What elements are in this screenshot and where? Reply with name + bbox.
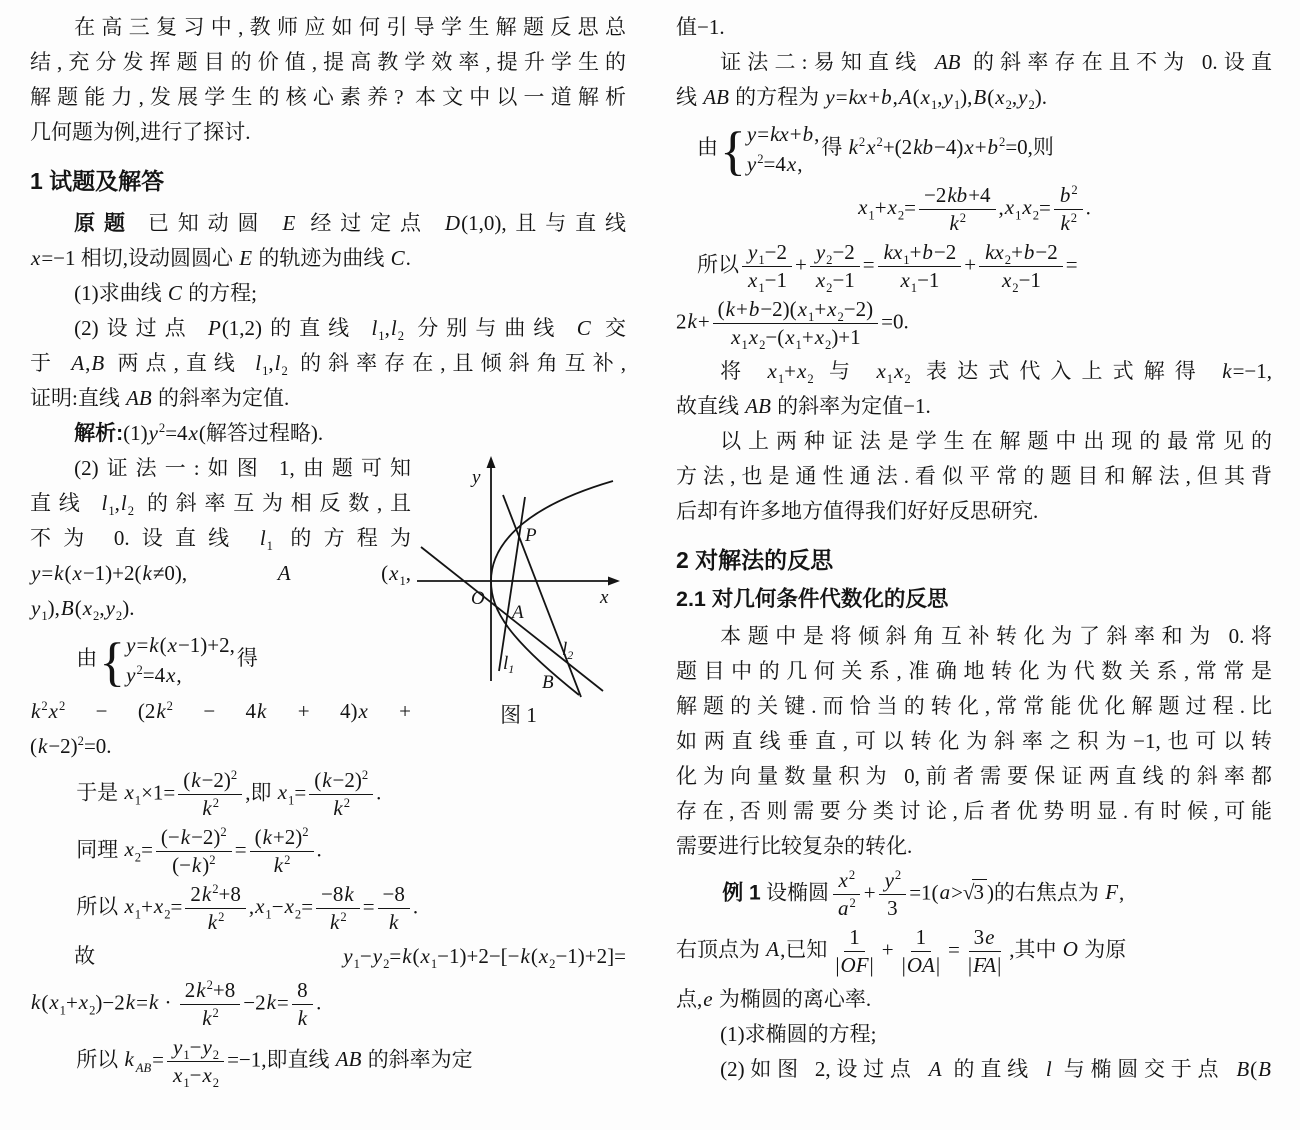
label-origin: O (471, 588, 485, 609)
parabola-upper-branch (491, 481, 613, 581)
figure-caption: 图 1 (411, 701, 626, 729)
label-line-l2: l2 (562, 639, 573, 662)
label-y-axis: y (470, 467, 481, 488)
label-x-axis: x (599, 587, 609, 608)
text-line: 同理 x2=(−k−2)2(−k)2=(k+2)2k2. (30, 825, 626, 878)
text-line: 值−1. (676, 10, 1272, 45)
text-line: 故 y1−y2=k(x1−1)+2−[−k(x2−1)+2]= (30, 939, 626, 974)
text-line: 题目中的几何关系,准确地转化为代数关系,常常是 (676, 654, 1272, 689)
left-column: 在高三复习中,教师应如何引导学生解题反思总结,充分发挥题目的价值,提高教学效率,… (30, 10, 626, 1092)
text-line: 于是 x1×1=(k−2)2k2,即 x1=(k−2)2k2. (30, 768, 626, 821)
text-line: 在高三复习中,教师应如何引导学生解题反思总 (30, 10, 626, 45)
label-point-p: P (524, 525, 537, 546)
label-point-a: A (510, 602, 524, 623)
text-line: 线 AB 的方程为 y=kx+b,A(x1,y1),B(x2,y2). (676, 80, 1272, 115)
text-line: 所以 kAB=y1−y2x1−x2=−1,即直线 AB 的斜率为定 (30, 1035, 626, 1088)
text-line: 将 x1+x2 与 x1x2 表达式代入上式解得 k=−1, (676, 354, 1272, 389)
line-l1 (499, 497, 525, 671)
text-line: 原题 已知动圆 E 经过定点 D(1,0),且与直线 (30, 206, 626, 241)
text-line: 解题的关键.而恰当的转化,常常能优化解题过程.比 (676, 689, 1272, 724)
text-line: (k−2)2=0. (30, 729, 626, 764)
text-line: k(x1+x2)−2k=k · 2k2+8k2−2k=8k. (30, 978, 626, 1031)
text-line: 结,充分发挥题目的价值,提高教学效率,提升学生的 (30, 45, 626, 80)
right-column: 值−1.证法二:易知直线 AB 的斜率存在且不为 0.设直线 AB 的方程为 y… (676, 10, 1272, 1092)
text-line: 解析:(1)y2=4x(解答过程略). (30, 416, 626, 451)
text-line: 于 A,B 两点,直线 l1,l2 的斜率存在,且倾斜角互补, (30, 346, 626, 381)
text-line: (1)求椭圆的方程; (676, 1017, 1272, 1052)
label-line-l1: l1 (503, 653, 514, 676)
figure-1: y x P O A B l1 l2 图 1 (411, 451, 626, 729)
text-line: 方法,也是通性通法.看似平常的题目和解法,但其背 (676, 459, 1272, 494)
article-page: 在高三复习中,教师应如何引导学生解题反思总结,充分发挥题目的价值,提高教学效率,… (0, 0, 1300, 1092)
text-line: (2)设过点 P(1,2)的直线 l1,l2 分别与曲线 C 交 (30, 311, 626, 346)
text-line: 所以y1−2x1−1+y2−2x2−1=kx1+b−2x1−1+kx2+b−2x… (676, 240, 1272, 293)
text-line: 由{y=kx+b,y2=4x,得 k2x2+(2kb−4)x+b2=0,则 (676, 119, 1272, 179)
text-line: 证法二:易知直线 AB 的斜率存在且不为 0.设直 (676, 45, 1272, 80)
text-line: 需要进行比较复杂的转化. (676, 829, 1272, 864)
text-line: 点,e 为椭圆的离心率. (676, 982, 1272, 1017)
text-line: 本题中是将倾斜角互补转化为了斜率和为 0.将 (676, 619, 1272, 654)
y-axis-arrow (487, 456, 496, 468)
text-line: (1)求曲线 C 的方程; (30, 276, 626, 311)
text-line: x=−1 相切,设动圆圆心 E 的轨迹为曲线 C. (30, 241, 626, 276)
text-line: 如两直线垂直,可以转化为斜率之积为−1,也可以转 (676, 724, 1272, 759)
text-line: 所以 x1+x2=2k2+8k2,x1−x2=−8kk2=−8k. (30, 882, 626, 935)
text-line: 证明:直线 AB 的斜率为定值. (30, 381, 626, 416)
text-line: 例 1 设椭圆x2a2+y23=1(a>√3)的右焦点为 F, (676, 868, 1272, 921)
text-line: x1+x2=−2kb+4k2,x1x2=b2k2. (676, 183, 1272, 236)
text-line: 故直线 AB 的斜率为定值−1. (676, 389, 1272, 424)
left-column-top: 在高三复习中,教师应如何引导学生解题反思总结,充分发挥题目的价值,提高教学效率,… (30, 10, 626, 451)
text-line: 2k+(k+b−2)(x1+x2−2)x1x2−(x1+x2)+1=0. (676, 297, 1272, 350)
text-line: 以上两种证法是学生在解题中出现的最常见的 (676, 424, 1272, 459)
right-column-content: 值−1.证法二:易知直线 AB 的斜率存在且不为 0.设直线 AB 的方程为 y… (676, 10, 1272, 1087)
text-line: 后却有许多地方值得我们好好反思研究. (676, 494, 1272, 529)
figure-1-plot: y x P O A B l1 l2 (411, 451, 626, 701)
text-line: 解题能力,发展学生的核心素养? 本文中以一道解析 (30, 80, 626, 115)
text-line: 存在,否则需要分类讨论,后者优势明显.有时候,可能 (676, 794, 1272, 829)
line-l2 (503, 495, 581, 697)
label-point-b: B (542, 672, 554, 693)
text-line: (2)如图 2,设过点 A 的直线 l 与椭圆交于点 B(B (676, 1052, 1272, 1087)
section-heading: 2.1 对几何条件代数化的反思 (676, 585, 1272, 613)
section-heading: 1 试题及解答 (30, 166, 626, 196)
text-line: 化为向量数量积为 0,前者需要保证两直线的斜率都 (676, 759, 1272, 794)
section-heading: 2 对解法的反思 (676, 545, 1272, 575)
text-line: 右顶点为 A,已知1|OF|+1|OA|=3e|FA|,其中 O 为原 (676, 925, 1272, 978)
text-line: 几何题为例,进行了探讨. (30, 115, 626, 150)
x-axis-arrow (608, 577, 620, 586)
